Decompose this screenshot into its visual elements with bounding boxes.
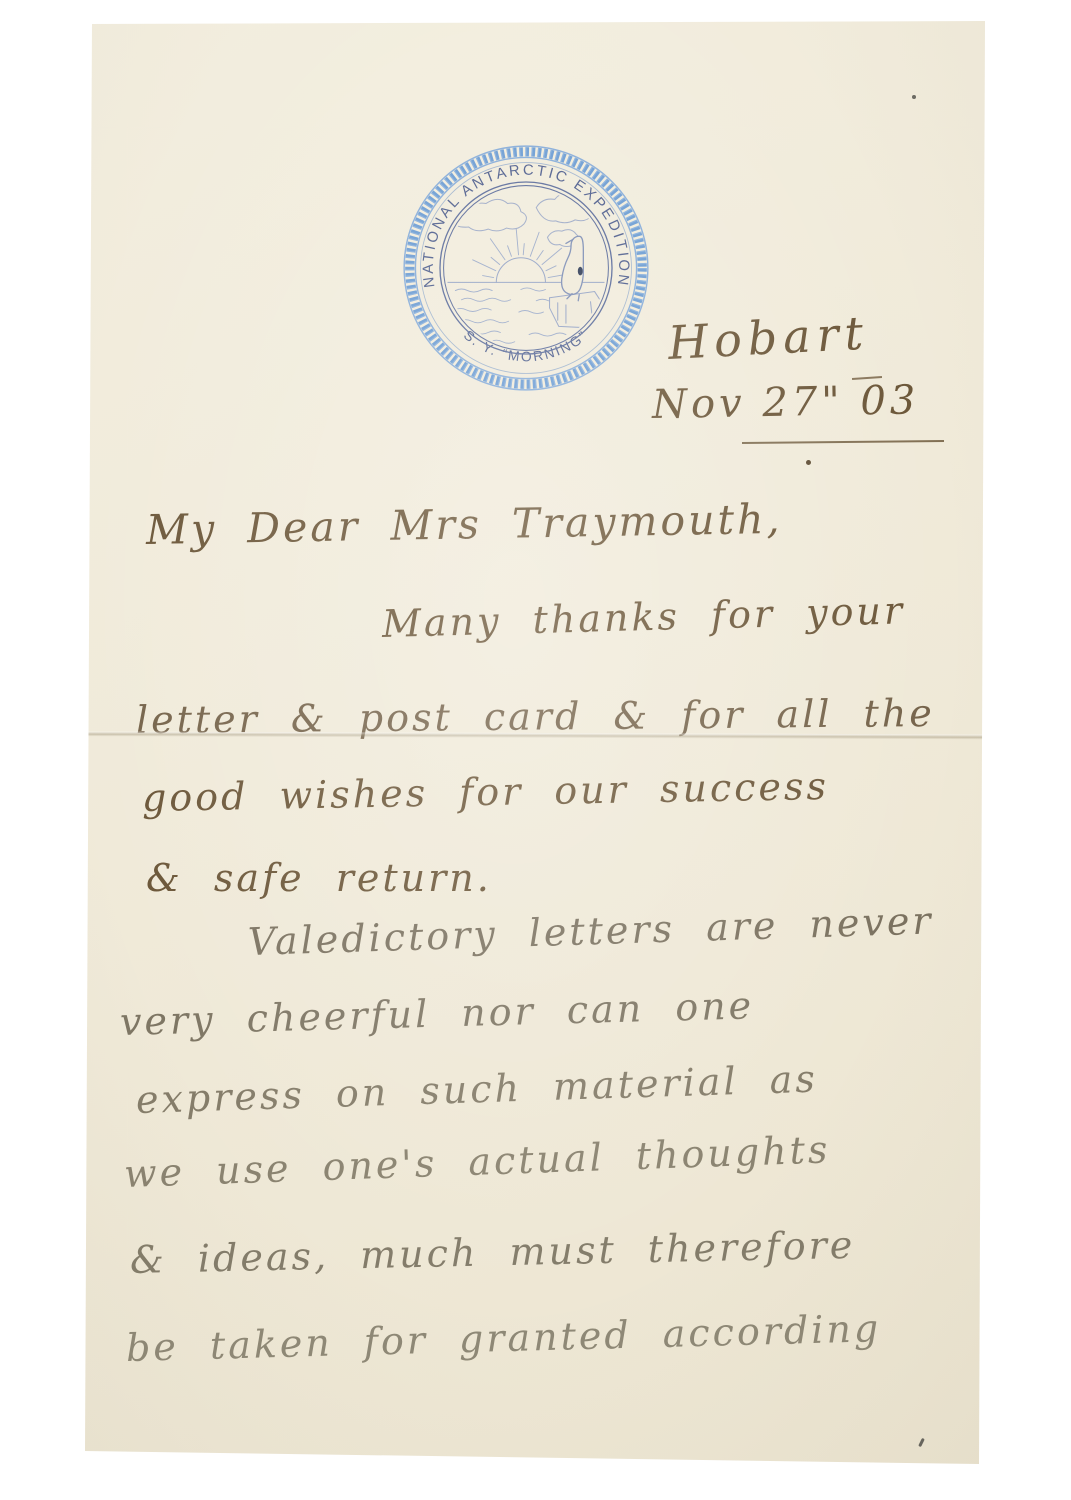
body-line: express on such material as <box>135 1057 818 1122</box>
body-line: & ideas, much must therefore <box>130 1223 856 1282</box>
ice-floe-icon <box>550 292 604 329</box>
seal-bottom-text: S. Y. “MORNING” <box>461 327 591 365</box>
body-line: very cheerful nor can one <box>119 983 754 1044</box>
date-underline-stroke <box>742 440 944 444</box>
seal-inner-circles <box>440 182 612 354</box>
sun-icon <box>496 258 545 283</box>
date-period-dot <box>806 460 811 465</box>
ink-speck <box>918 1438 925 1447</box>
expedition-seal-icon: NATIONAL ANTARCTIC EXPEDITION S. Y. “MOR… <box>398 140 654 396</box>
body-line: good wishes for our success <box>142 764 830 820</box>
letter-photo: NATIONAL ANTARCTIC EXPEDITION S. Y. “MOR… <box>0 0 1071 1500</box>
body-line: Valedictory letters are never <box>247 898 934 964</box>
body-line: & safe return. <box>146 856 492 900</box>
paper-speck <box>912 95 916 99</box>
salutation: My Dear Mrs Traymouth, <box>146 495 783 554</box>
dateline-date: Nov 27" 03 <box>652 377 920 428</box>
sun-rays-icon <box>473 229 574 277</box>
body-line: Many thanks for your <box>381 588 905 646</box>
body-line: be taken for granted according <box>125 1306 881 1370</box>
dateline-place: Hobart <box>667 306 871 370</box>
letter-paper: NATIONAL ANTARCTIC EXPEDITION S. Y. “MOR… <box>0 0 1071 1500</box>
body-line: we use one's actual thoughts <box>123 1127 831 1196</box>
sunrise-scene-icon <box>447 193 604 343</box>
seal-bottom-arc-text: S. Y. “MORNING” <box>461 327 591 365</box>
letterhead-seal: NATIONAL ANTARCTIC EXPEDITION S. Y. “MOR… <box>398 140 654 396</box>
